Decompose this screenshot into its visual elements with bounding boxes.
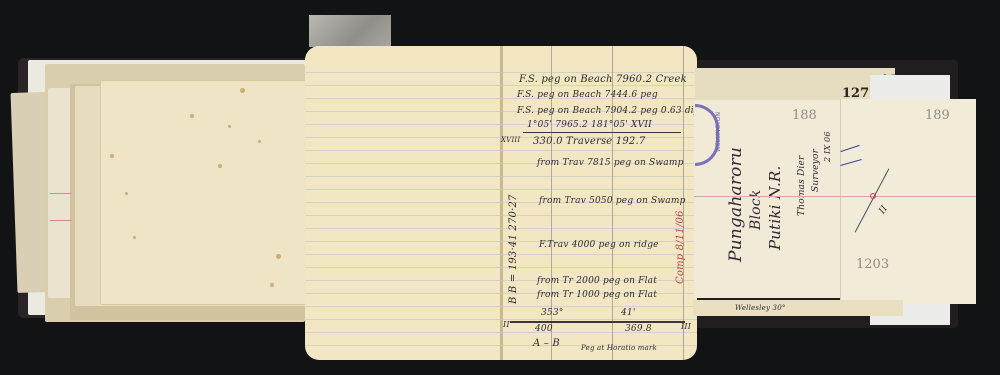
card-role: Surveyor (811, 149, 821, 192)
card-number: 189 (925, 108, 950, 123)
traverse-bearing: 353° (541, 308, 563, 318)
foxing-stain (270, 283, 274, 287)
card-number: 188 (792, 108, 817, 123)
field-note-line: F.Trav 4000 peg on ridge (539, 240, 659, 250)
field-note-line: F.S. peg on Beach 7960.2 Creek (519, 74, 687, 85)
card-date: 2 IX 06 (823, 131, 832, 162)
foxing-stain (110, 154, 114, 158)
ruled-margin-line (50, 220, 72, 221)
field-note-line: F.S. peg on Beach 7904.2 peg 0.63 diff (517, 106, 701, 116)
foxing-stain (228, 125, 231, 128)
card-number: 1203 (856, 257, 889, 272)
field-note-line: 330.0 Traverse 192.7 (533, 136, 645, 147)
traverse-footer: A – B (533, 338, 560, 349)
index-card-189 (840, 99, 976, 304)
card-title: Putiki N.R. (766, 166, 784, 250)
foxing-stain (125, 192, 128, 195)
margin-note: XVIII (501, 136, 520, 144)
field-note-line: from Tr 1000 peg on Flat (537, 290, 657, 300)
ruled-margin-line (50, 193, 72, 194)
vertical-note: B B = 193·41 270·27 (508, 194, 519, 304)
ink-underline (523, 132, 681, 133)
card-title: Pungaharoru (726, 147, 746, 262)
field-notebook: F.S. peg on Beach 7960.2 Creek F.S. peg … (305, 46, 697, 360)
red-completion-note: Comp 8/11/06 (675, 210, 686, 284)
foxing-stain (240, 88, 245, 93)
field-note-line: from Trav 7815 peg on Swamp (537, 158, 684, 168)
traverse-distance: 369.8 (625, 324, 652, 334)
survey-mark-circle (870, 193, 876, 199)
card-author: Thomas Dier (797, 155, 807, 216)
field-note-line: from Tr 2000 peg on Flat (537, 276, 657, 286)
foxing-stain (276, 254, 281, 259)
traverse-start-label: II (503, 320, 510, 329)
traverse-footer-note: Peg at Horatio mark (581, 344, 657, 352)
traverse-bearing: 41' (621, 308, 636, 318)
bottom-slip-text: Wellesley 30° (735, 304, 786, 312)
bottom-slip (693, 300, 903, 316)
traverse-line (510, 321, 685, 323)
foxing-stain (218, 164, 222, 168)
foxing-stain (133, 236, 136, 239)
field-note-line: F.S. peg on Beach 7444.6 peg (517, 90, 658, 100)
field-note-line: from Trav 5050 peg on Swamp (539, 196, 686, 206)
notebook-spine (500, 46, 503, 360)
traverse-distance: 400 (535, 324, 553, 334)
photo-scene: F.S. peg on Beach 7960.2 Creek F.S. peg … (0, 0, 1000, 375)
foxing-stain (190, 114, 194, 118)
foxed-paper (100, 80, 310, 305)
ruled-red-line (840, 196, 976, 197)
field-note-line: 1°05' 7965.2 181°05' XVII (527, 120, 652, 130)
foxing-stain (258, 140, 261, 143)
adhesive-tape (309, 15, 391, 47)
traverse-end-label: III (681, 322, 691, 331)
stamp-text: WELLINGTON (715, 112, 722, 152)
notebook-left-page (305, 46, 501, 360)
